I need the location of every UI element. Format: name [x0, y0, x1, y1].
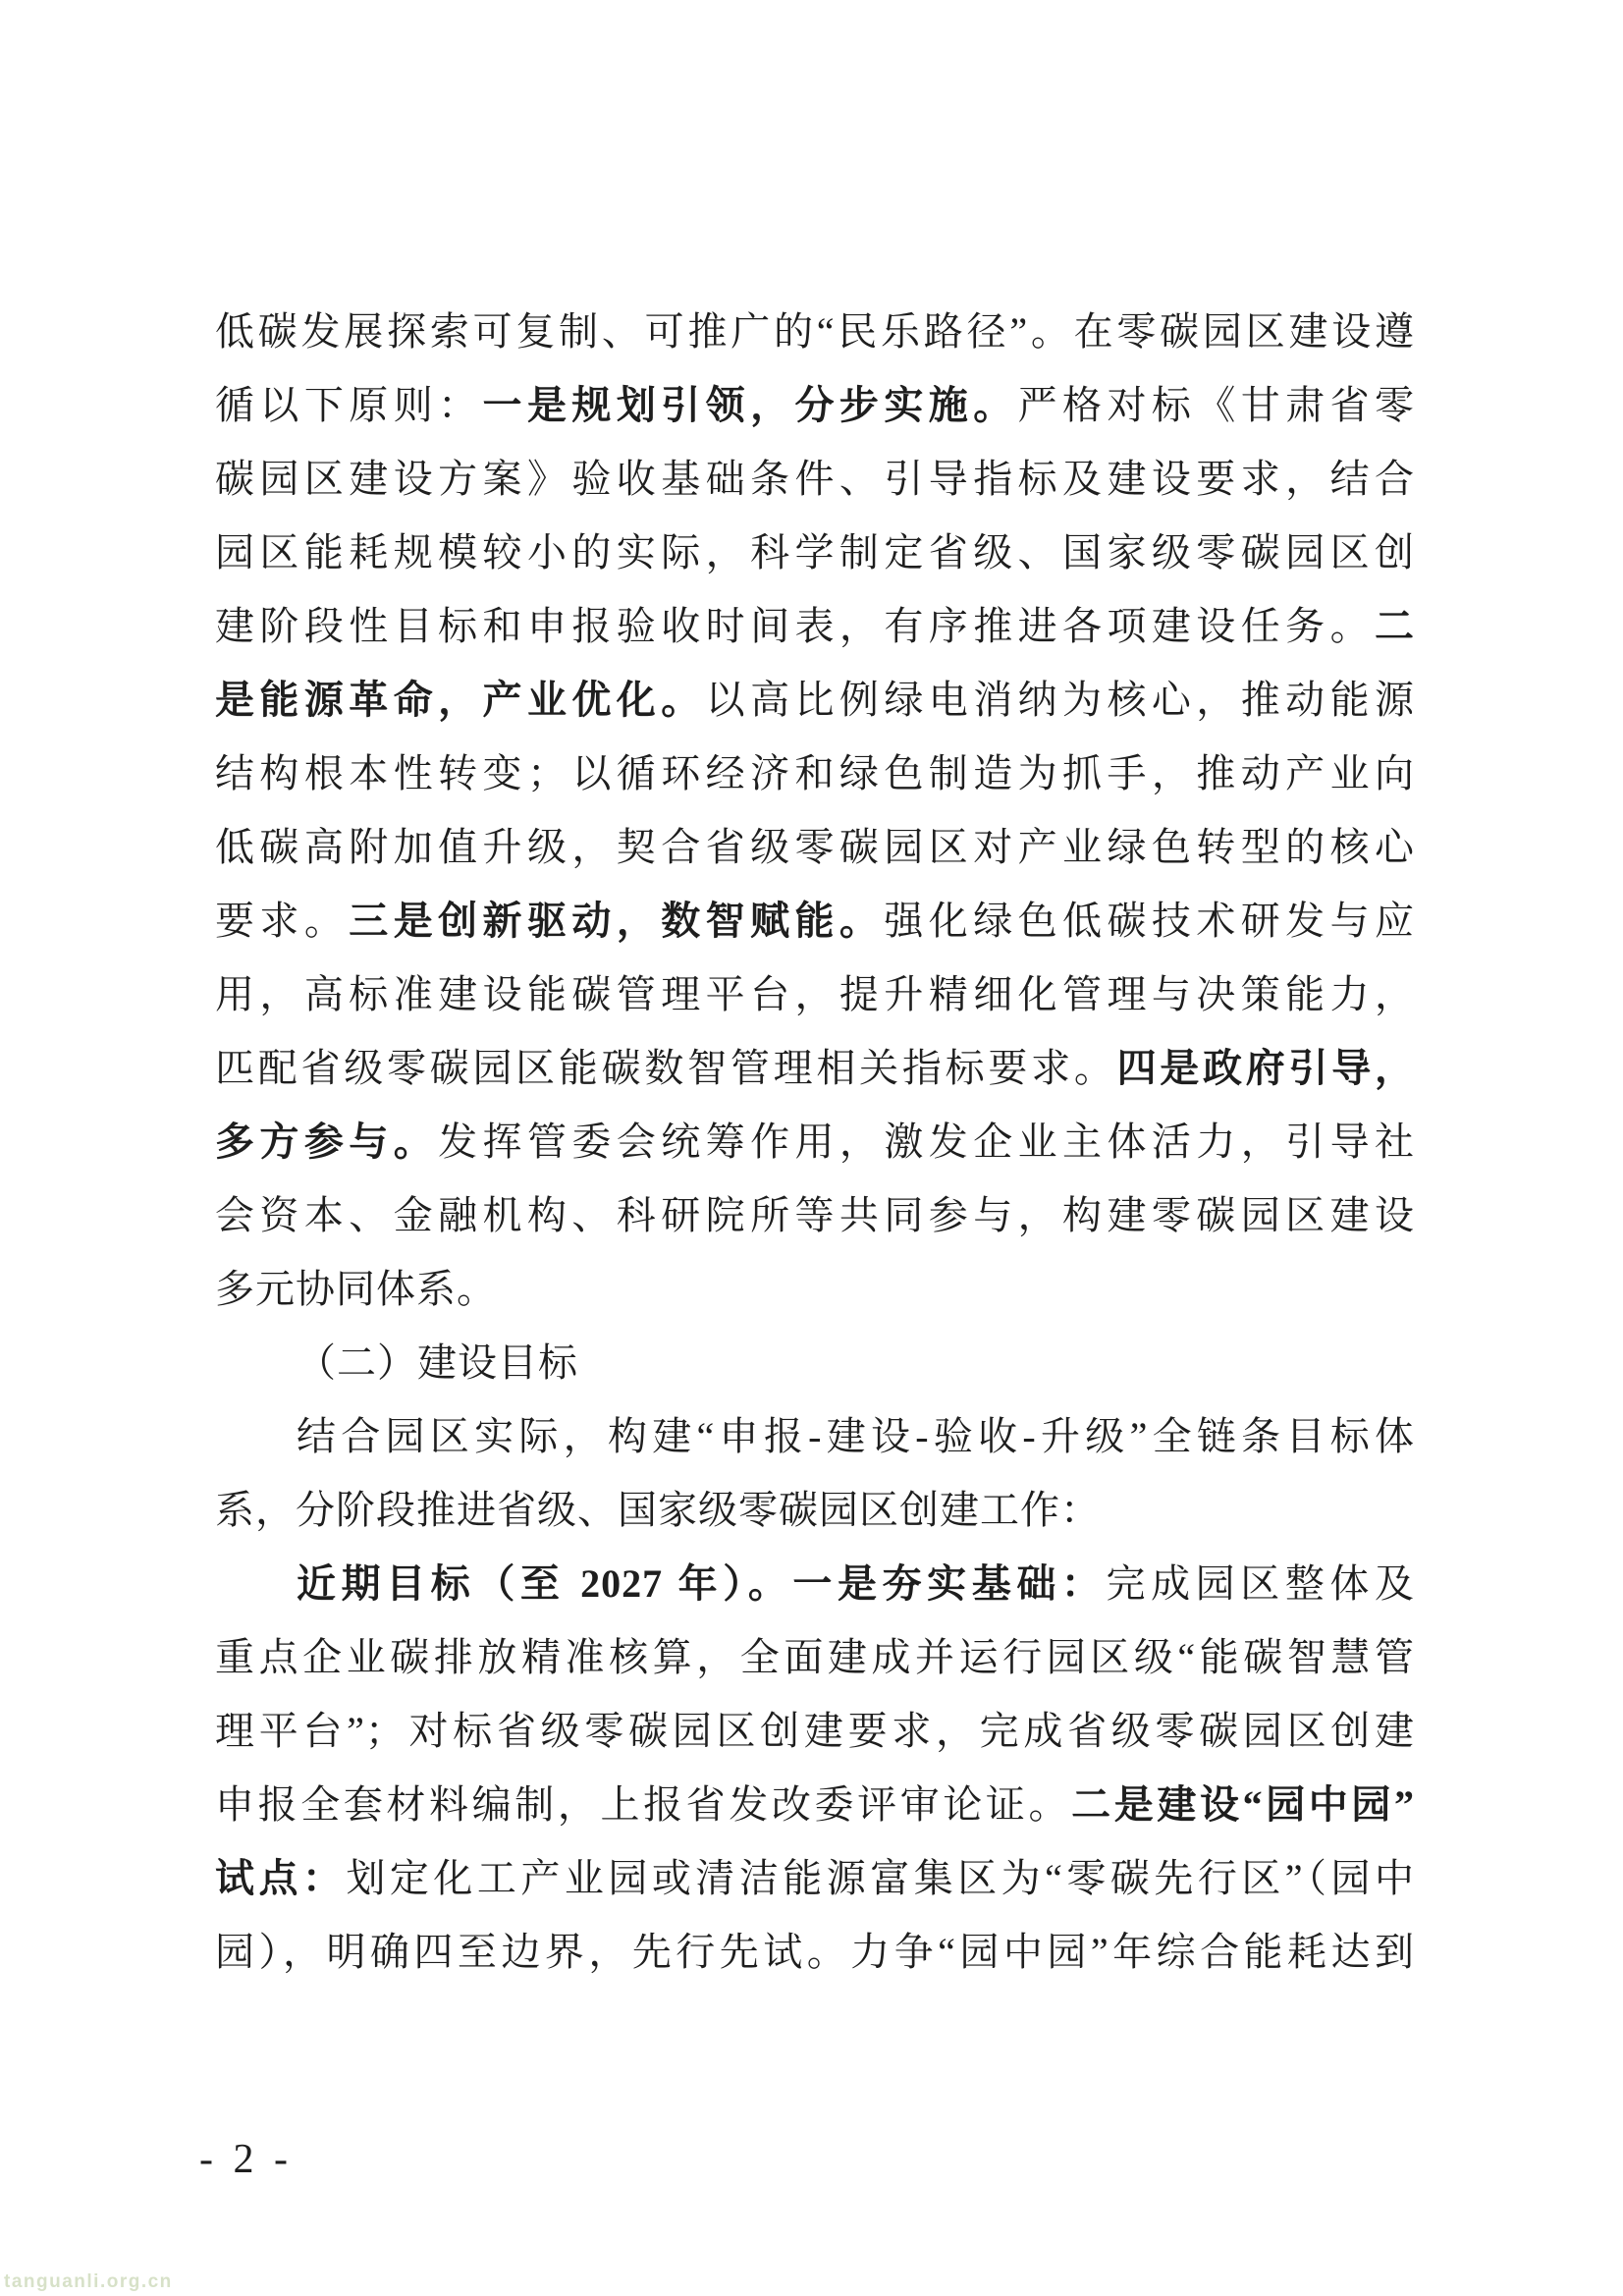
text-segment: 匹配省级零碳园区能碳数智管理相关指标要求。 — [215, 1046, 1117, 1090]
text-segment: 结合园区实际，构建“申报-建设-验收-升级”全链条目标体 — [297, 1414, 1415, 1458]
text-segment: 严格对标《甘肃省零 — [1018, 383, 1415, 427]
text-segment: 园区能耗规模较小的实际，科学制定省级、国家级零碳园区创 — [215, 530, 1415, 574]
text-line: 理平台”；对标省级零碳园区创建要求，完成省级零碳园区创建 — [215, 1694, 1415, 1768]
text-line: 建阶段性目标和申报验收时间表，有序推进各项建设任务。二 — [215, 589, 1415, 663]
text-segment-bold: 二 — [1375, 604, 1415, 648]
text-line: 会资本、金融机构、科研院所等共同参与，构建零碳园区建设 — [215, 1178, 1415, 1252]
text-segment: 低碳发展探索可复制、可推广的“民乐路径”。在零碳园区建设遵 — [215, 309, 1415, 354]
text-line: 结构根本性转变；以循环经济和绿色制造为抓手，推动产业向 — [215, 737, 1415, 810]
text-line: 园区能耗规模较小的实际，科学制定省级、国家级零碳园区创 — [215, 516, 1415, 589]
text-segment: 建阶段性目标和申报验收时间表，有序推进各项建设任务。 — [215, 604, 1375, 648]
watermark: tanguanli.org.cn — [4, 2270, 173, 2294]
text-segment-bold: 二是建设“园中园” — [1071, 1782, 1415, 1827]
text-segment: 循以下原则： — [215, 383, 483, 427]
text-segment: 重点企业碳排放精准核算，全面建成并运行园区级“能碳智慧管 — [215, 1635, 1415, 1679]
text-line: 多元协同体系。 — [215, 1252, 1415, 1326]
text-segment-bold: 三是创新驱动，数智赋能。 — [349, 899, 884, 943]
text-line: 低碳高附加值升级，契合省级零碳园区对产业绿色转型的核心 — [215, 810, 1415, 884]
text-segment-bold: 近期目标（至 2027 年）。一是夯实基础： — [297, 1561, 1107, 1606]
text-line: 是能源革命，产业优化。以高比例绿电消纳为核心，推动能源 — [215, 663, 1415, 737]
text-line: 用，高标准建设能碳管理平台，提升精细化管理与决策能力， — [215, 957, 1415, 1031]
document-page: 低碳发展探索可复制、可推广的“民乐路径”。在零碳园区建设遵 循以下原则：一是规划… — [0, 0, 1623, 2296]
text-segment: 强化绿色低碳技术研发与应 — [884, 899, 1415, 943]
text-line: 结合园区实际，构建“申报-建设-验收-升级”全链条目标体 — [215, 1399, 1415, 1473]
text-segment-bold: 试点： — [215, 1856, 346, 1900]
text-line: 循以下原则：一是规划引领，分步实施。严格对标《甘肃省零 — [215, 368, 1415, 442]
text-segment: 碳园区建设方案》验收基础条件、引导指标及建设要求，结合 — [215, 457, 1415, 501]
page-number: - 2 - — [199, 2137, 293, 2182]
section-heading: （二）建设目标 — [215, 1326, 1415, 1399]
text-segment-bold: 多方参与。 — [215, 1120, 438, 1164]
text-segment-bold: 四是政府引导， — [1117, 1046, 1415, 1090]
text-block: 低碳发展探索可复制、可推广的“民乐路径”。在零碳园区建设遵 循以下原则：一是规划… — [215, 295, 1415, 1989]
text-segment: （二）建设目标 — [297, 1340, 578, 1385]
text-segment: 完成园区整体及 — [1107, 1561, 1416, 1606]
text-line: 多方参与。发挥管委会统筹作用，激发企业主体活力，引导社 — [215, 1105, 1415, 1178]
text-segment: 划定化工产业园或清洁能源富集区为“零碳先行区”（园中 — [346, 1856, 1415, 1900]
text-line: 试点：划定化工产业园或清洁能源富集区为“零碳先行区”（园中 — [215, 1841, 1415, 1915]
text-segment: 多元协同体系。 — [215, 1267, 497, 1311]
text-line: 系，分阶段推进省级、国家级零碳园区创建工作： — [215, 1473, 1415, 1547]
text-segment-bold: 一是规划引领，分步实施。 — [483, 383, 1018, 427]
text-line: 要求。三是创新驱动，数智赋能。强化绿色低碳技术研发与应 — [215, 884, 1415, 957]
text-segment-bold: 是能源革命，产业优化。 — [215, 678, 706, 722]
text-segment: 会资本、金融机构、科研院所等共同参与，构建零碳园区建设 — [215, 1193, 1415, 1237]
text-segment: 系，分阶段推进省级、国家级零碳园区创建工作： — [215, 1488, 1101, 1532]
text-segment: 申报全套材料编制，上报省发改委评审论证。 — [215, 1782, 1071, 1827]
text-line: 碳园区建设方案》验收基础条件、引导指标及建设要求，结合 — [215, 442, 1415, 516]
text-line: 匹配省级零碳园区能碳数智管理相关指标要求。四是政府引导， — [215, 1031, 1415, 1105]
text-segment: 低碳高附加值升级，契合省级零碳园区对产业绿色转型的核心 — [215, 825, 1415, 869]
text-segment: 以高比例绿电消纳为核心，推动能源 — [706, 678, 1415, 722]
text-segment: 结构根本性转变；以循环经济和绿色制造为抓手，推动产业向 — [215, 751, 1415, 795]
text-line: 园），明确四至边界，先行先试。力争“园中园”年综合能耗达到 — [215, 1915, 1415, 1989]
text-segment: 园），明确四至边界，先行先试。力争“园中园”年综合能耗达到 — [215, 1930, 1415, 1974]
text-line: 重点企业碳排放精准核算，全面建成并运行园区级“能碳智慧管 — [215, 1620, 1415, 1694]
text-segment: 用，高标准建设能碳管理平台，提升精细化管理与决策能力， — [215, 972, 1415, 1016]
text-line: 近期目标（至 2027 年）。一是夯实基础：完成园区整体及 — [215, 1547, 1415, 1620]
text-line: 申报全套材料编制，上报省发改委评审论证。二是建设“园中园” — [215, 1768, 1415, 1841]
text-segment: 发挥管委会统筹作用，激发企业主体活力，引导社 — [438, 1120, 1415, 1164]
text-line: 低碳发展探索可复制、可推广的“民乐路径”。在零碳园区建设遵 — [215, 295, 1415, 368]
text-segment: 要求。 — [215, 899, 349, 943]
text-segment: 理平台”；对标省级零碳园区创建要求，完成省级零碳园区创建 — [215, 1709, 1415, 1753]
